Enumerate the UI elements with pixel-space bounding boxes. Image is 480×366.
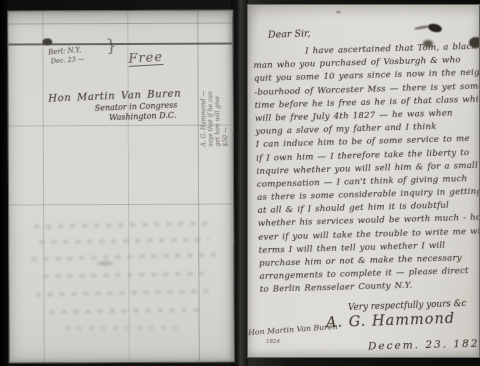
bleedthrough-mark — [97, 261, 113, 266]
free-frank: Free — [128, 50, 163, 67]
address-block: Hon Martin Van Buren Senator in Congress… — [48, 88, 182, 124]
docket-line: $50 — — [222, 39, 230, 147]
postmark-bracket: } — [106, 41, 117, 50]
ink-blot — [427, 22, 443, 33]
ink-blot-tail — [414, 25, 430, 31]
bottom-docket-name: Hon Martin Van Buren — [248, 322, 338, 337]
postmark-date: Dec. 23 — — [48, 54, 84, 65]
date-line: Decem. 23. 1824 — [368, 337, 480, 352]
bleedthrough-line — [35, 289, 210, 297]
bleedthrough-line — [31, 253, 216, 262]
bottom-docket-year: 1824 — [266, 339, 280, 345]
bleedthrough-line — [34, 221, 214, 229]
salutation: Dear Sir, — [268, 28, 311, 40]
address-leaf-page: Berl: N.Y. Dec. 23 — } Free Hon Martin V… — [7, 10, 235, 364]
letter-body: I have ascertained that Tom, a black man… — [253, 41, 480, 298]
docket-vertical: A. G. Hammond — says that if he can get … — [200, 39, 229, 147]
bleedthrough-line — [65, 326, 185, 331]
bleedthrough-line — [43, 272, 203, 279]
signature: A. G. Hammond — [326, 311, 456, 331]
fold-crease-vertical — [42, 11, 45, 362]
ink-speck — [336, 11, 341, 13]
bleedthrough-line — [50, 308, 200, 314]
ink-blot — [42, 38, 52, 45]
letter-page: Dear Sir, I have ascertained that Tom, a… — [247, 4, 480, 358]
postmark: Berl: N.Y. Dec. 23 — } — [48, 46, 85, 66]
address-line: Washington D.C. — [109, 110, 182, 122]
bleedthrough-line — [39, 238, 209, 245]
